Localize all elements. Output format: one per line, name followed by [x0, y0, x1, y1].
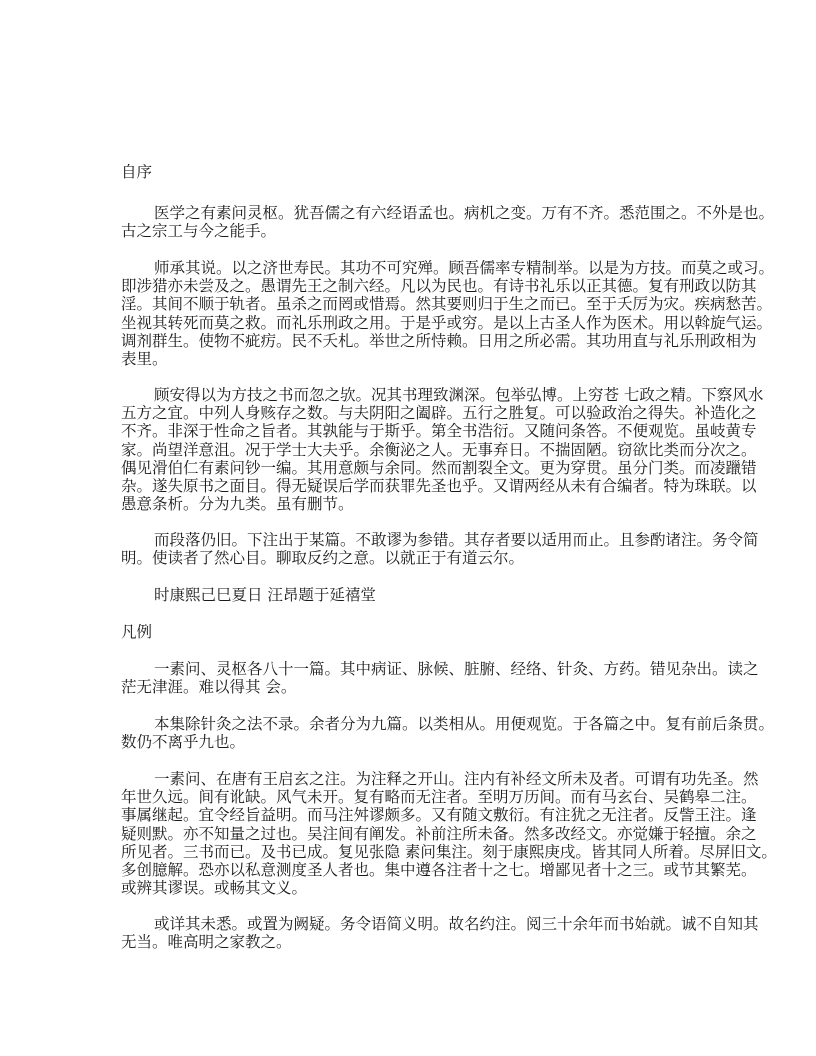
- paragraph-line: 淫。其间不顺于轨者。虽杀之而罔或惜焉。然其要则归于生之而已。至于夭厉为灾。疾病愁…: [121, 295, 701, 313]
- conventions-paragraph-4: 或详其未悉。或置为阙疑。务令语简义明。故名约注。阅三十余年而书始就。诚不自知其 …: [121, 915, 701, 951]
- paragraph-line: 多创臆解。恐亦以私意测度圣人者也。集中遵各注者十之七。增鄙见者十之三。或节其繁芜…: [121, 861, 701, 879]
- paragraph-line: 所见者。三书而已。及书已成。复见张隐 素问集注。刻于康熙庚戌。皆其同人所着。尽屏…: [121, 843, 701, 861]
- paragraph-line: 或辨其谬误。或畅其文义。: [121, 879, 701, 897]
- paragraph-line: 表里。: [121, 350, 701, 368]
- paragraph-line: 事属继起。宜令经旨益明。而马注舛谬颇多。又有随文敷衍。有注犹之无注者。反訾王注。…: [121, 806, 701, 824]
- preface-paragraph-4: 而段落仍旧。下注出于某篇。不敢谬为参错。其存者要以适用而止。且参酌诸注。务令简 …: [121, 531, 701, 567]
- paragraph-line: 师承其说。以之济世寿民。其功不可究殚。顾吾儒率专精制举。以是为方技。而莫之或习。: [121, 259, 701, 277]
- conventions-paragraph-3: 一素问、在唐有王启玄之注。为注释之开山。注内有补经文所未及者。可谓有功先圣。然 …: [121, 770, 701, 897]
- paragraph-line: 偶见滑伯仁有素问钞一编。其用意颇与余同。然而割裂全文。更为穿贯。虽分门类。而凌躐…: [121, 459, 701, 477]
- paragraph-line: 或详其未悉。或置为阙疑。务令语简义明。故名约注。阅三十余年而书始就。诚不自知其: [121, 915, 701, 933]
- paragraph-line: 茫无津涯。难以得其 会。: [121, 678, 701, 696]
- preface-signature: 时康熙己巳夏日 汪昂题于延禧堂: [121, 586, 701, 604]
- conventions-heading: 凡例: [121, 623, 701, 641]
- conventions-paragraph-1: 一素问、灵枢各八十一篇。其中病证、脉候、脏腑、经络、针灸、方药。错见杂出。读之 …: [121, 660, 701, 696]
- paragraph-line: 医学之有素问灵枢。犹吾儒之有六经语孟也。病机之变。万有不齐。悉范围之。不外是也。: [121, 204, 701, 222]
- preface-paragraph-1: 医学之有素问灵枢。犹吾儒之有六经语孟也。病机之变。万有不齐。悉范围之。不外是也。…: [121, 204, 701, 240]
- paragraph-line: 调剂群生。使物不疵疠。民不夭札。举世之所恃赖。日用之所必需。其功用直与礼乐刑政相…: [121, 332, 701, 350]
- conventions-paragraph-2: 本集除针灸之法不录。余者分为九篇。以类相从。用便观览。于各篇之中。复有前后条贯。…: [121, 715, 701, 751]
- paragraph-line: 本集除针灸之法不录。余者分为九篇。以类相从。用便观览。于各篇之中。复有前后条贯。: [121, 715, 701, 733]
- paragraph-line: 愚意条析。分为九类。虽有删节。: [121, 495, 701, 513]
- paragraph-line: 坐视其转死而莫之救。而礼乐刑政之用。于是乎或穷。是以上古圣人作为医术。用以斡旋气…: [121, 314, 701, 332]
- paragraph-line: 无当。唯高明之家教之。: [121, 933, 701, 951]
- paragraph-line: 家。尚望洋意沮。况于学士大夫乎。余衡泌之人。无事弃日。不揣固陋。窃欲比类而分次之…: [121, 441, 701, 459]
- paragraph-line: 古之宗工与今之能手。: [121, 222, 701, 240]
- preface-paragraph-2: 师承其说。以之济世寿民。其功不可究殚。顾吾儒率专精制举。以是为方技。而莫之或习。…: [121, 259, 701, 368]
- paragraph-line: 不齐。非深于性命之旨者。其孰能与于斯乎。第全书浩衍。又随问条答。不便观览。虽岐黄…: [121, 422, 701, 440]
- paragraph-line: 一素问、灵枢各八十一篇。其中病证、脉候、脏腑、经络、针灸、方药。错见杂出。读之: [121, 660, 701, 678]
- preface-heading-text: 自序: [121, 163, 701, 181]
- conventions-heading-text: 凡例: [121, 623, 701, 641]
- paragraph-line: 五方之宜。中列人身赅存之数。与夫阴阳之阖辟。五行之胜复。可以验政治之得失。补造化…: [121, 404, 701, 422]
- paragraph-line: 数仍不离乎九也。: [121, 733, 701, 751]
- signature-text: 时康熙己巳夏日 汪昂题于延禧堂: [121, 586, 701, 604]
- preface-paragraph-3: 顾安得以为方技之书而忽之欤。况其书理致渊深。包举弘博。上穷苍 七政之精。下察风水…: [121, 386, 701, 513]
- preface-heading: 自序: [121, 163, 701, 181]
- paragraph-line: 疑则默。亦不知量之过也。吴注间有阐发。补前注所未备。然多改经文。亦觉嫌于轻擅。余…: [121, 825, 701, 843]
- paragraph-line: 杂。遂失原书之面目。得无疑误后学而获罪先圣也乎。又谓两经从未有合编者。特为珠联。…: [121, 477, 701, 495]
- paragraph-line: 而段落仍旧。下注出于某篇。不敢谬为参错。其存者要以适用而止。且参酌诸注。务令简: [121, 531, 701, 549]
- paragraph-line: 即涉猎亦未尝及之。愚谓先王之制六经。凡以为民也。有诗书礼乐以正其德。复有刑政以防…: [121, 277, 701, 295]
- document-page: 自序 医学之有素问灵枢。犹吾儒之有六经语孟也。病机之变。万有不齐。悉范围之。不外…: [0, 0, 816, 1056]
- paragraph-line: 一素问、在唐有王启玄之注。为注释之开山。注内有补经文所未及者。可谓有功先圣。然: [121, 770, 701, 788]
- paragraph-line: 年世久远。间有讹缺。风气未开。复有略而无注者。至明万历间。而有马玄台、吴鹤皋二注…: [121, 788, 701, 806]
- paragraph-line: 顾安得以为方技之书而忽之欤。况其书理致渊深。包举弘博。上穷苍 七政之精。下察风水: [121, 386, 701, 404]
- paragraph-line: 明。使读者了然心目。聊取反约之意。以就正于有道云尔。: [121, 549, 701, 567]
